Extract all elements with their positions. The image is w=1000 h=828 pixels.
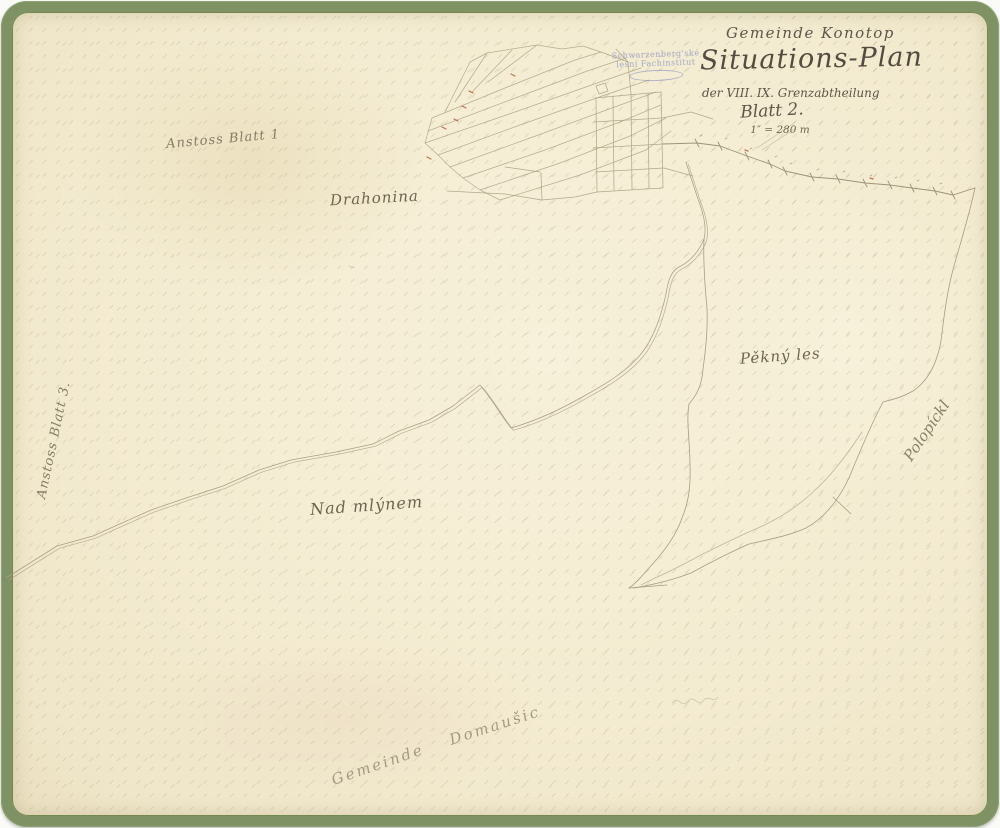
label-area-drahonina: Drahonina bbox=[330, 189, 420, 209]
title-main: Situations-Plan bbox=[700, 45, 860, 75]
title-community: Gemeinde Konotop bbox=[726, 26, 842, 41]
title-subtitle: der VIII. IX. Grenzabtheilung bbox=[702, 87, 862, 99]
dot-grid-pattern-2 bbox=[16, 16, 984, 812]
stamp-oval-mark bbox=[629, 69, 683, 82]
title-scale: 1″ = 280 m bbox=[730, 125, 830, 136]
map-drawing bbox=[0, 0, 1000, 828]
map-sheet: Gemeinde Konotop Situations-Plan der VII… bbox=[0, 0, 1000, 828]
archive-stamp: Schwarzenberg'ské lesní Fachinstitut bbox=[605, 48, 706, 83]
